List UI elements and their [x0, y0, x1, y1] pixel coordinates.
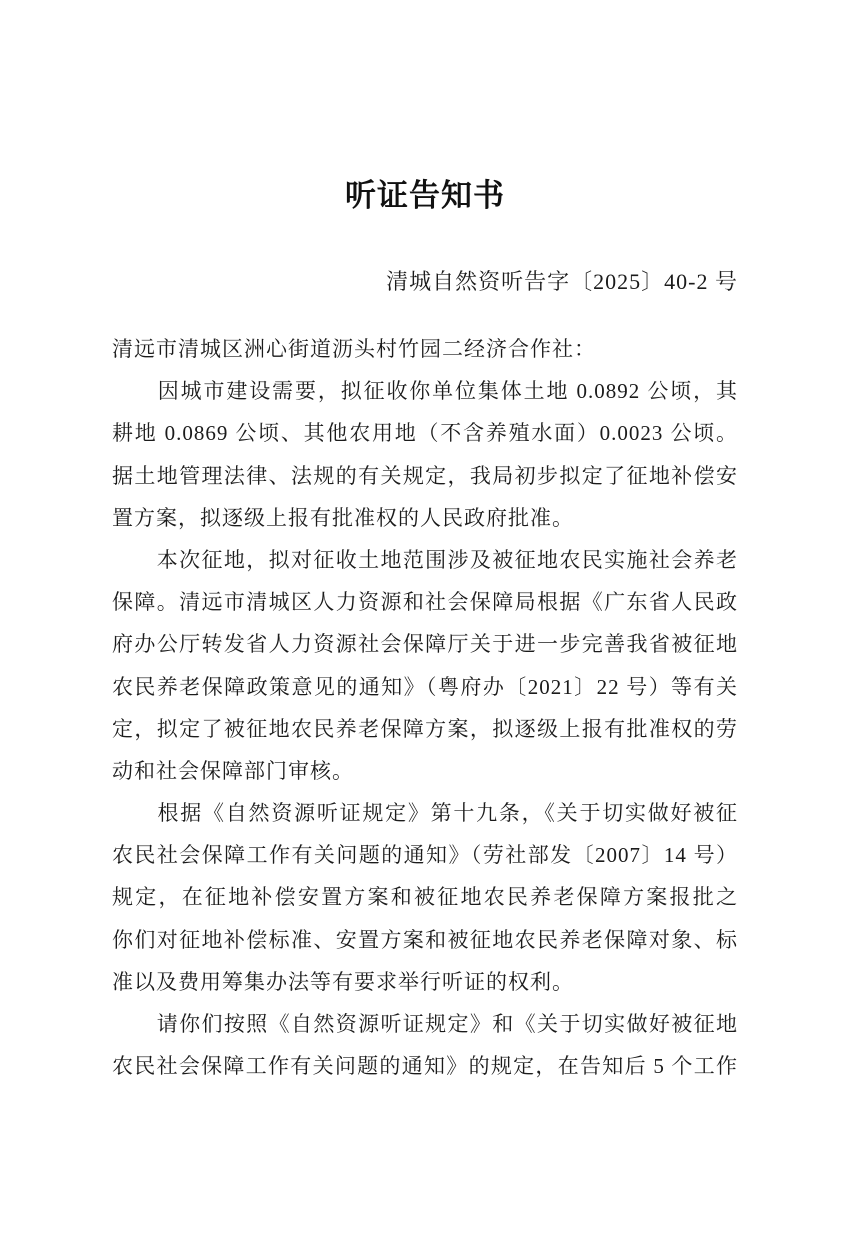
body-line: 置方案，拟逐级上报有批准权的人民政府批准。: [112, 497, 738, 539]
body-line: 规定，在征地补偿安置方案和被征地农民养老保障方案报批之前，: [112, 876, 738, 918]
body-line: 农民社会保障工作有关问题的通知》的规定，在告知后 5 个工作: [112, 1045, 738, 1087]
body-line: 请你们按照《自然资源听证规定》和《关于切实做好被征地: [112, 1003, 738, 1045]
body-line: 府办公厅转发省人力资源社会保障厅关于进一步完善我省被征地: [112, 623, 738, 665]
document-body: 清远市清城区洲心街道沥头村竹园二经济合作社： 因城市建设需要，拟征收你单位集体土…: [112, 328, 738, 1087]
page-title: 听证告知书: [112, 176, 738, 216]
body-line: 农民社会保障工作有关问题的通知》（劳社部发〔2007〕14 号）的: [112, 834, 738, 876]
body-line: 保障。清远市清城区人力资源和社会保障局根据《广东省人民政: [112, 581, 738, 623]
body-line: 据土地管理法律、法规的有关规定，我局初步拟定了征地补偿安: [112, 455, 738, 497]
body-line: 本次征地，拟对征收土地范围涉及被征地农民实施社会养老: [112, 539, 738, 581]
body-line: 耕地 0.0869 公顷、其他农用地（不含养殖水面）0.0023 公顷。根: [112, 412, 738, 454]
recipient-line: 清远市清城区洲心街道沥头村竹园二经济合作社：: [112, 328, 738, 370]
body-line: 因城市建设需要，拟征收你单位集体土地 0.0892 公顷，其中: [112, 370, 738, 412]
body-line: 定，拟定了被征地农民养老保障方案，拟逐级上报有批准权的劳: [112, 708, 738, 750]
body-line: 农民养老保障政策意见的通知》（粤府办〔2021〕22 号）等有关规: [112, 666, 738, 708]
scanned-document-page: 听证告知书 清城自然资听告字〔2025〕40-2 号 清远市清城区洲心街道沥头村…: [0, 0, 850, 1246]
body-line: 准以及费用筹集办法等有要求举行听证的权利。: [112, 961, 738, 1003]
body-line: 动和社会保障部门审核。: [112, 750, 738, 792]
document-number: 清城自然资听告字〔2025〕40-2 号: [112, 266, 738, 298]
body-line: 根据《自然资源听证规定》第十九条，《关于切实做好被征地: [112, 792, 738, 834]
body-line: 你们对征地补偿标准、安置方案和被征地农民养老保障对象、标: [112, 919, 738, 961]
